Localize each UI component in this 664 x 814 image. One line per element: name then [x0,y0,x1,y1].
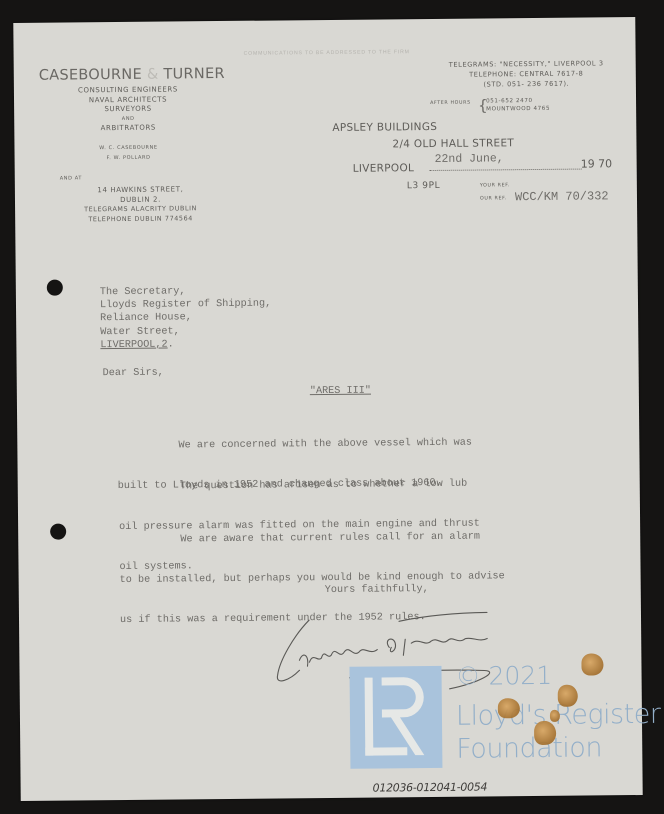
recipient-address: The Secretary, Lloyds Register of Shippi… [100,285,272,353]
stain-spot [550,710,560,722]
stain-spot [581,653,603,675]
after-hours-label: AFTER HOURS [430,101,471,106]
address-street: 2/4 OLD HALL STREET [392,137,514,150]
stain-spot [498,698,520,718]
subject-line: "ARES III" [310,386,371,398]
archive-number: 012036-012041-0054 [373,780,488,794]
dublin-telephone: TELEPHONE DUBLIN 774564 [53,214,228,225]
and-at-label: AND AT [60,175,82,181]
recipient-line: Lloyds Register of Shipping, [100,298,271,313]
address-postcode: L3 9PL [407,181,440,191]
stain-spot [534,721,556,745]
partners: W. C. CASEBOURNE F. W. POLLARD [54,143,202,163]
recipient-city: LIVERPOOL,2. [100,337,271,352]
firm-name: CASEBOURNE & TURNER [39,66,225,84]
dublin-office: 14 HAWKINS STREET, DUBLIN 2. TELEGRAMS A… [53,185,228,225]
lr-logo [349,666,442,769]
date-dotted-line [430,169,582,171]
watermark-copyright: © 2021 [455,661,552,691]
firm-name-part2: TURNER [163,66,225,83]
after-hours-numbers: 051-652 2470 MOUNTWOOD 4765 [486,98,550,114]
punch-hole-top [47,280,63,296]
your-ref-label: YOUR REF. [480,183,510,188]
communications-note: COMMUNICATIONS TO BE ADDRESSED TO THE FI… [244,49,410,57]
closing: Yours faithfully, [325,583,429,597]
watermark-org-line2: Foundation [456,732,602,764]
lr-logo-icon [349,666,442,769]
our-ref-value: WCC/KM 70/332 [515,189,609,204]
address-building: APSLEY BUILDINGS [332,121,437,134]
firm-name-ampersand: & [142,67,164,83]
letter-date: 22nd June, [435,152,504,166]
firm-roles: CONSULTING ENGINEERS NAVAL ARCHITECTS SU… [54,85,202,134]
letter-page: COMMUNICATIONS TO BE ADDRESSED TO THE FI… [13,17,642,801]
salutation: Dear Sirs, [103,367,164,381]
firm-name-part1: CASEBOURNE [39,67,142,84]
punch-hole-bottom [50,524,66,540]
letter-year: 19 70 [581,157,613,170]
partner-pollard: F. W. POLLARD [55,153,203,164]
liverpool-contact: TELEGRAMS: "NECESSITY," LIVERPOOL 3 TELE… [424,59,629,90]
liverpool-std: (STD. 051- 236 7617). [424,79,629,91]
our-ref-label: OUR REF. [480,196,507,201]
after-hours-mountwood: MOUNTWOOD 4765 [486,105,550,113]
role-arbitrators: ARBITRATORS [54,124,202,135]
address-city: LIVERPOOL [353,162,415,175]
stain-spot [558,685,578,707]
